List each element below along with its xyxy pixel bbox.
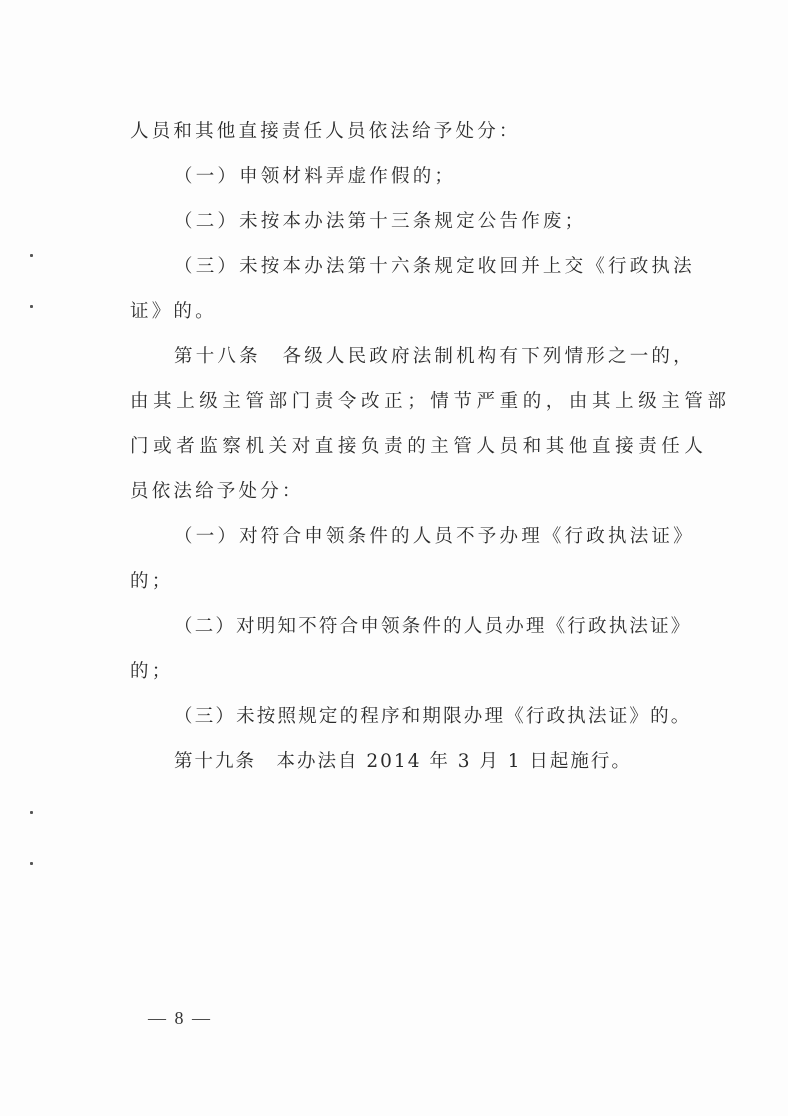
- text-line: （二）对明知不符合申领条件的人员办理《行政执法证》: [174, 615, 714, 639]
- text-line: （一）申领材料弄虚作假的；: [174, 165, 714, 189]
- text-line: 的；: [130, 570, 670, 594]
- page-number: — 8 —: [148, 1008, 212, 1029]
- text-line: （三）未按本办法第十六条规定收回并上交《行政执法: [174, 255, 714, 279]
- binding-hole-mark: [30, 811, 33, 814]
- binding-hole-mark: [30, 254, 33, 257]
- document-page: 人员和其他直接责任人员依法给予处分： （一）申领材料弄虚作假的； （二）未按本办…: [0, 0, 788, 1116]
- article-18-heading-line: 第十八条 各级人民政府法制机构有下列情形之一的，: [174, 345, 714, 369]
- text-line: 的；: [130, 660, 670, 684]
- text-line: 由其上级主管部门责令改正；情节严重的，由其上级主管部: [130, 390, 670, 414]
- text-line: （二）未按本办法第十三条规定公告作废；: [174, 210, 714, 234]
- binding-hole-mark: [30, 862, 33, 865]
- text-line: 证》的。: [130, 300, 670, 324]
- article-19-line: 第十九条 本办法自 2014 年 3 月 1 日起施行。: [174, 750, 714, 774]
- text-line: 门或者监察机关对直接负责的主管人员和其他直接责任人: [130, 435, 670, 459]
- text-line: （一）对符合申领条件的人员不予办理《行政执法证》: [174, 525, 714, 549]
- binding-hole-mark: [30, 305, 33, 308]
- text-line: （三）未按照规定的程序和期限办理《行政执法证》的。: [174, 705, 714, 729]
- text-line: 人员和其他直接责任人员依法给予处分：: [130, 120, 670, 144]
- text-line: 员依法给予处分：: [130, 480, 670, 504]
